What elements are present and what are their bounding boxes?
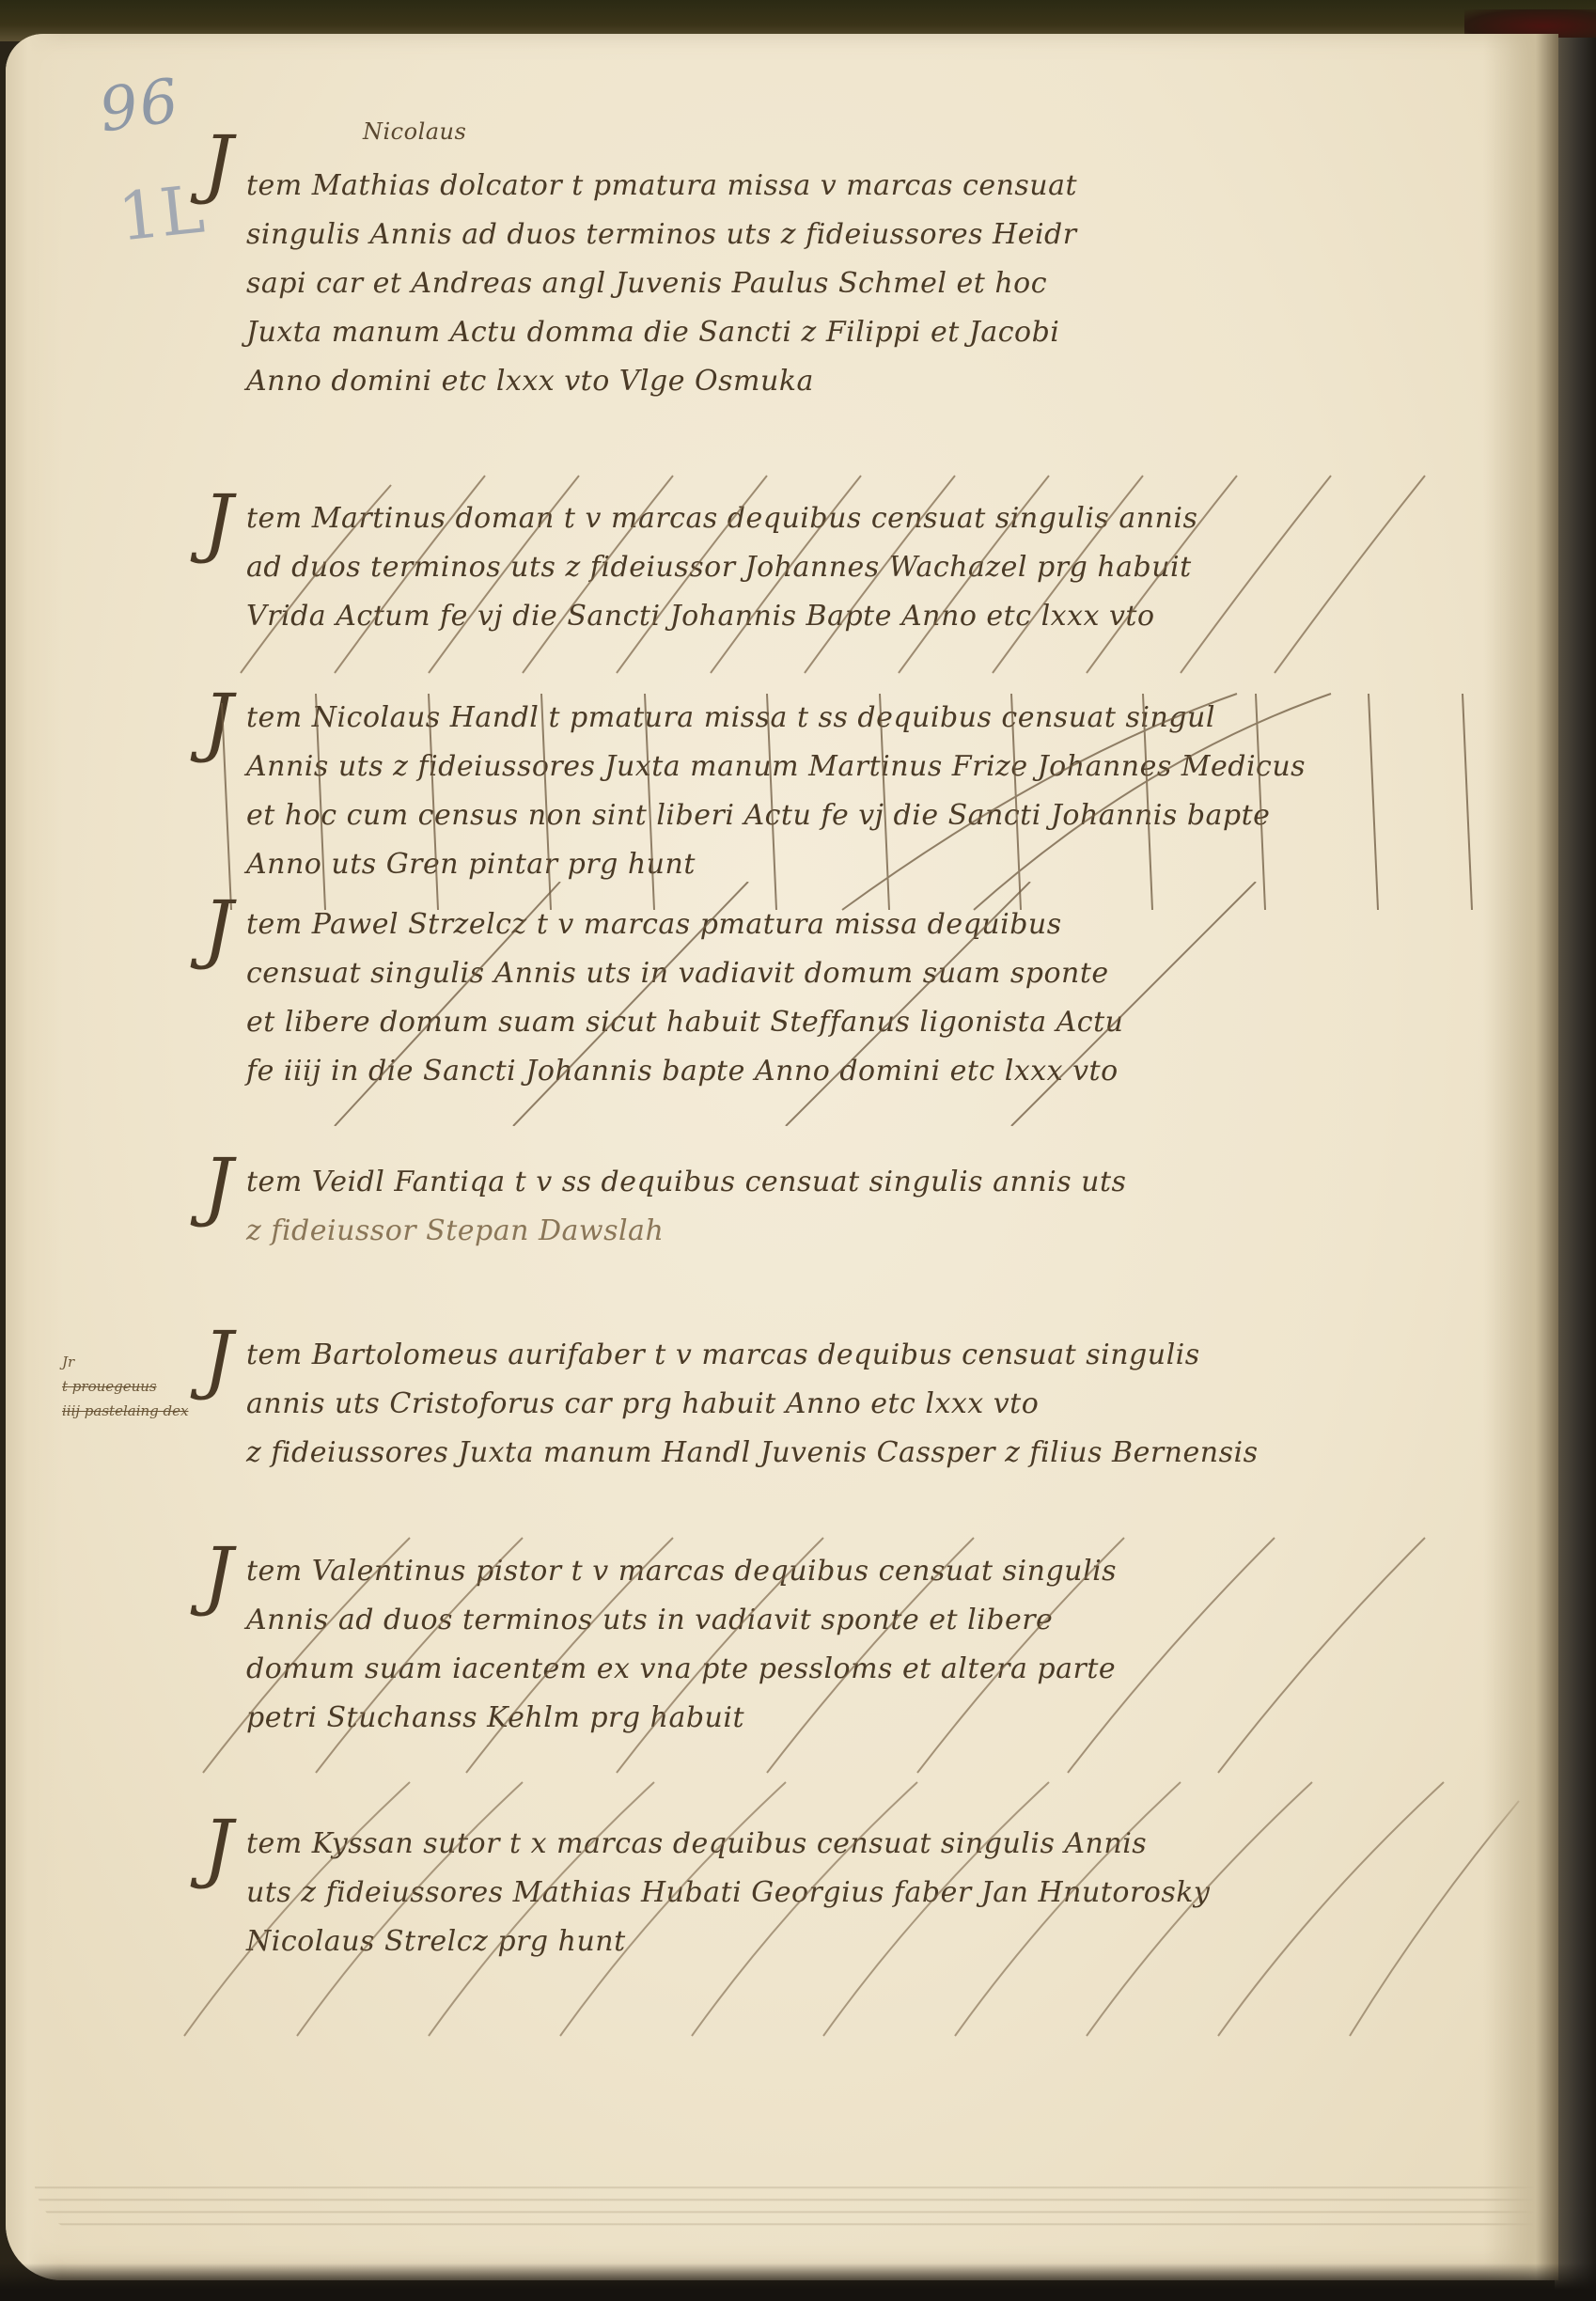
decorated-initial: J — [203, 126, 234, 201]
page-stack-edge — [34, 2177, 1538, 2233]
decorated-initial: J — [203, 485, 234, 560]
entry-4: J tem Pawel Strzelcz t v marcas pmatura … — [222, 900, 1519, 1096]
entry-line: domum suam iacentem ex vna pte pessloms … — [246, 1645, 1519, 1694]
manuscript-page: 96 1L Nicolaus J tem Mathias dolcator t … — [6, 34, 1558, 2280]
decorated-initial: J — [203, 1149, 234, 1224]
entry-line: fe iiij in die Sancti Johannis bapte Ann… — [246, 1047, 1519, 1096]
entry-line: tem Veidl Fantiqa t v ss dequibus censua… — [246, 1158, 1519, 1207]
interlinear-correction: Nicolaus — [363, 120, 466, 143]
entry-line: Anno uts Gren pintar prg hunt — [246, 840, 1519, 889]
book-binding — [1555, 38, 1596, 2301]
entry-line: tem Kyssan sutor t x marcas dequibus cen… — [246, 1820, 1519, 1869]
entry-line: et hoc cum census non sint liberi Actu f… — [246, 791, 1519, 840]
entry-line: tem Pawel Strzelcz t v marcas pmatura mi… — [246, 900, 1519, 949]
entry-line: Juxta manum Actu domma die Sancti z Fili… — [246, 308, 1519, 357]
entry-2: J tem Martinus doman t v marcas dequibus… — [222, 494, 1519, 641]
entry-line: z fideiussores Juxta manum Handl Juvenis… — [246, 1429, 1519, 1478]
book-bottom-edge — [0, 2263, 1596, 2301]
decorated-initial: J — [203, 684, 234, 759]
folio-number: 96 — [95, 66, 184, 146]
entry-line: Annis uts z fideiussores Juxta manum Mar… — [246, 743, 1519, 791]
entry-line: uts z fideiussores Mathias Hubati Georgi… — [246, 1869, 1519, 1917]
decorated-initial: J — [203, 1810, 234, 1886]
entry-3: J tem Nicolaus Handl t pmatura missa t s… — [222, 694, 1519, 889]
entry-line: Anno domini etc lxxx vto Vlge Osmuka — [246, 357, 1519, 406]
decorated-initial: J — [203, 891, 234, 966]
entry-line: sapi car et Andreas angl Juvenis Paulus … — [246, 259, 1519, 308]
entry-line: Vrida Actum fe vj die Sancti Johannis Ba… — [246, 592, 1519, 641]
entry-line: annis uts Cristoforus car prg habuit Ann… — [246, 1380, 1519, 1429]
entry-line: censuat singulis Annis uts in vadiavit d… — [246, 949, 1519, 998]
entry-5: J tem Veidl Fantiqa t v ss dequibus cens… — [222, 1158, 1519, 1256]
entry-line: tem Nicolaus Handl t pmatura missa t ss … — [246, 694, 1519, 743]
decorated-initial: J — [203, 1538, 234, 1613]
entry-line: tem Mathias dolcator t pmatura missa v m… — [246, 162, 1519, 211]
manuscript-scan: 96 1L Nicolaus J tem Mathias dolcator t … — [0, 0, 1596, 2301]
entry-line: et libere domum suam sicut habuit Steffa… — [246, 998, 1519, 1047]
entry-line: z fideiussor Stepan Dawslah — [246, 1207, 1519, 1256]
decorated-initial: J — [203, 1322, 234, 1397]
entry-8: J tem Kyssan sutor t x marcas dequibus c… — [222, 1820, 1519, 1966]
entry-line: singulis Annis ad duos terminos uts z fi… — [246, 211, 1519, 259]
entry-7: J tem Valentinus pistor t v marcas dequi… — [222, 1547, 1519, 1743]
entry-6: J tem Bartolomeus aurifaber t v marcas d… — [222, 1331, 1519, 1478]
entry-line: tem Bartolomeus aurifaber t v marcas deq… — [246, 1331, 1519, 1380]
entry-line: tem Martinus doman t v marcas dequibus c… — [246, 494, 1519, 543]
entry-line: Annis ad duos terminos uts in vadiavit s… — [246, 1596, 1519, 1645]
entry-line: ad duos terminos uts z fideiussor Johann… — [246, 543, 1519, 592]
pencil-mark: 1L — [115, 170, 208, 256]
entry-1: Nicolaus J tem Mathias dolcator t pmatur… — [222, 135, 1519, 406]
entry-line: tem Valentinus pistor t v marcas dequibu… — [246, 1547, 1519, 1596]
entry-line: Nicolaus Strelcz prg hunt — [246, 1917, 1519, 1966]
entry-line: petri Stuchanss Kehlm prg habuit — [246, 1694, 1519, 1743]
